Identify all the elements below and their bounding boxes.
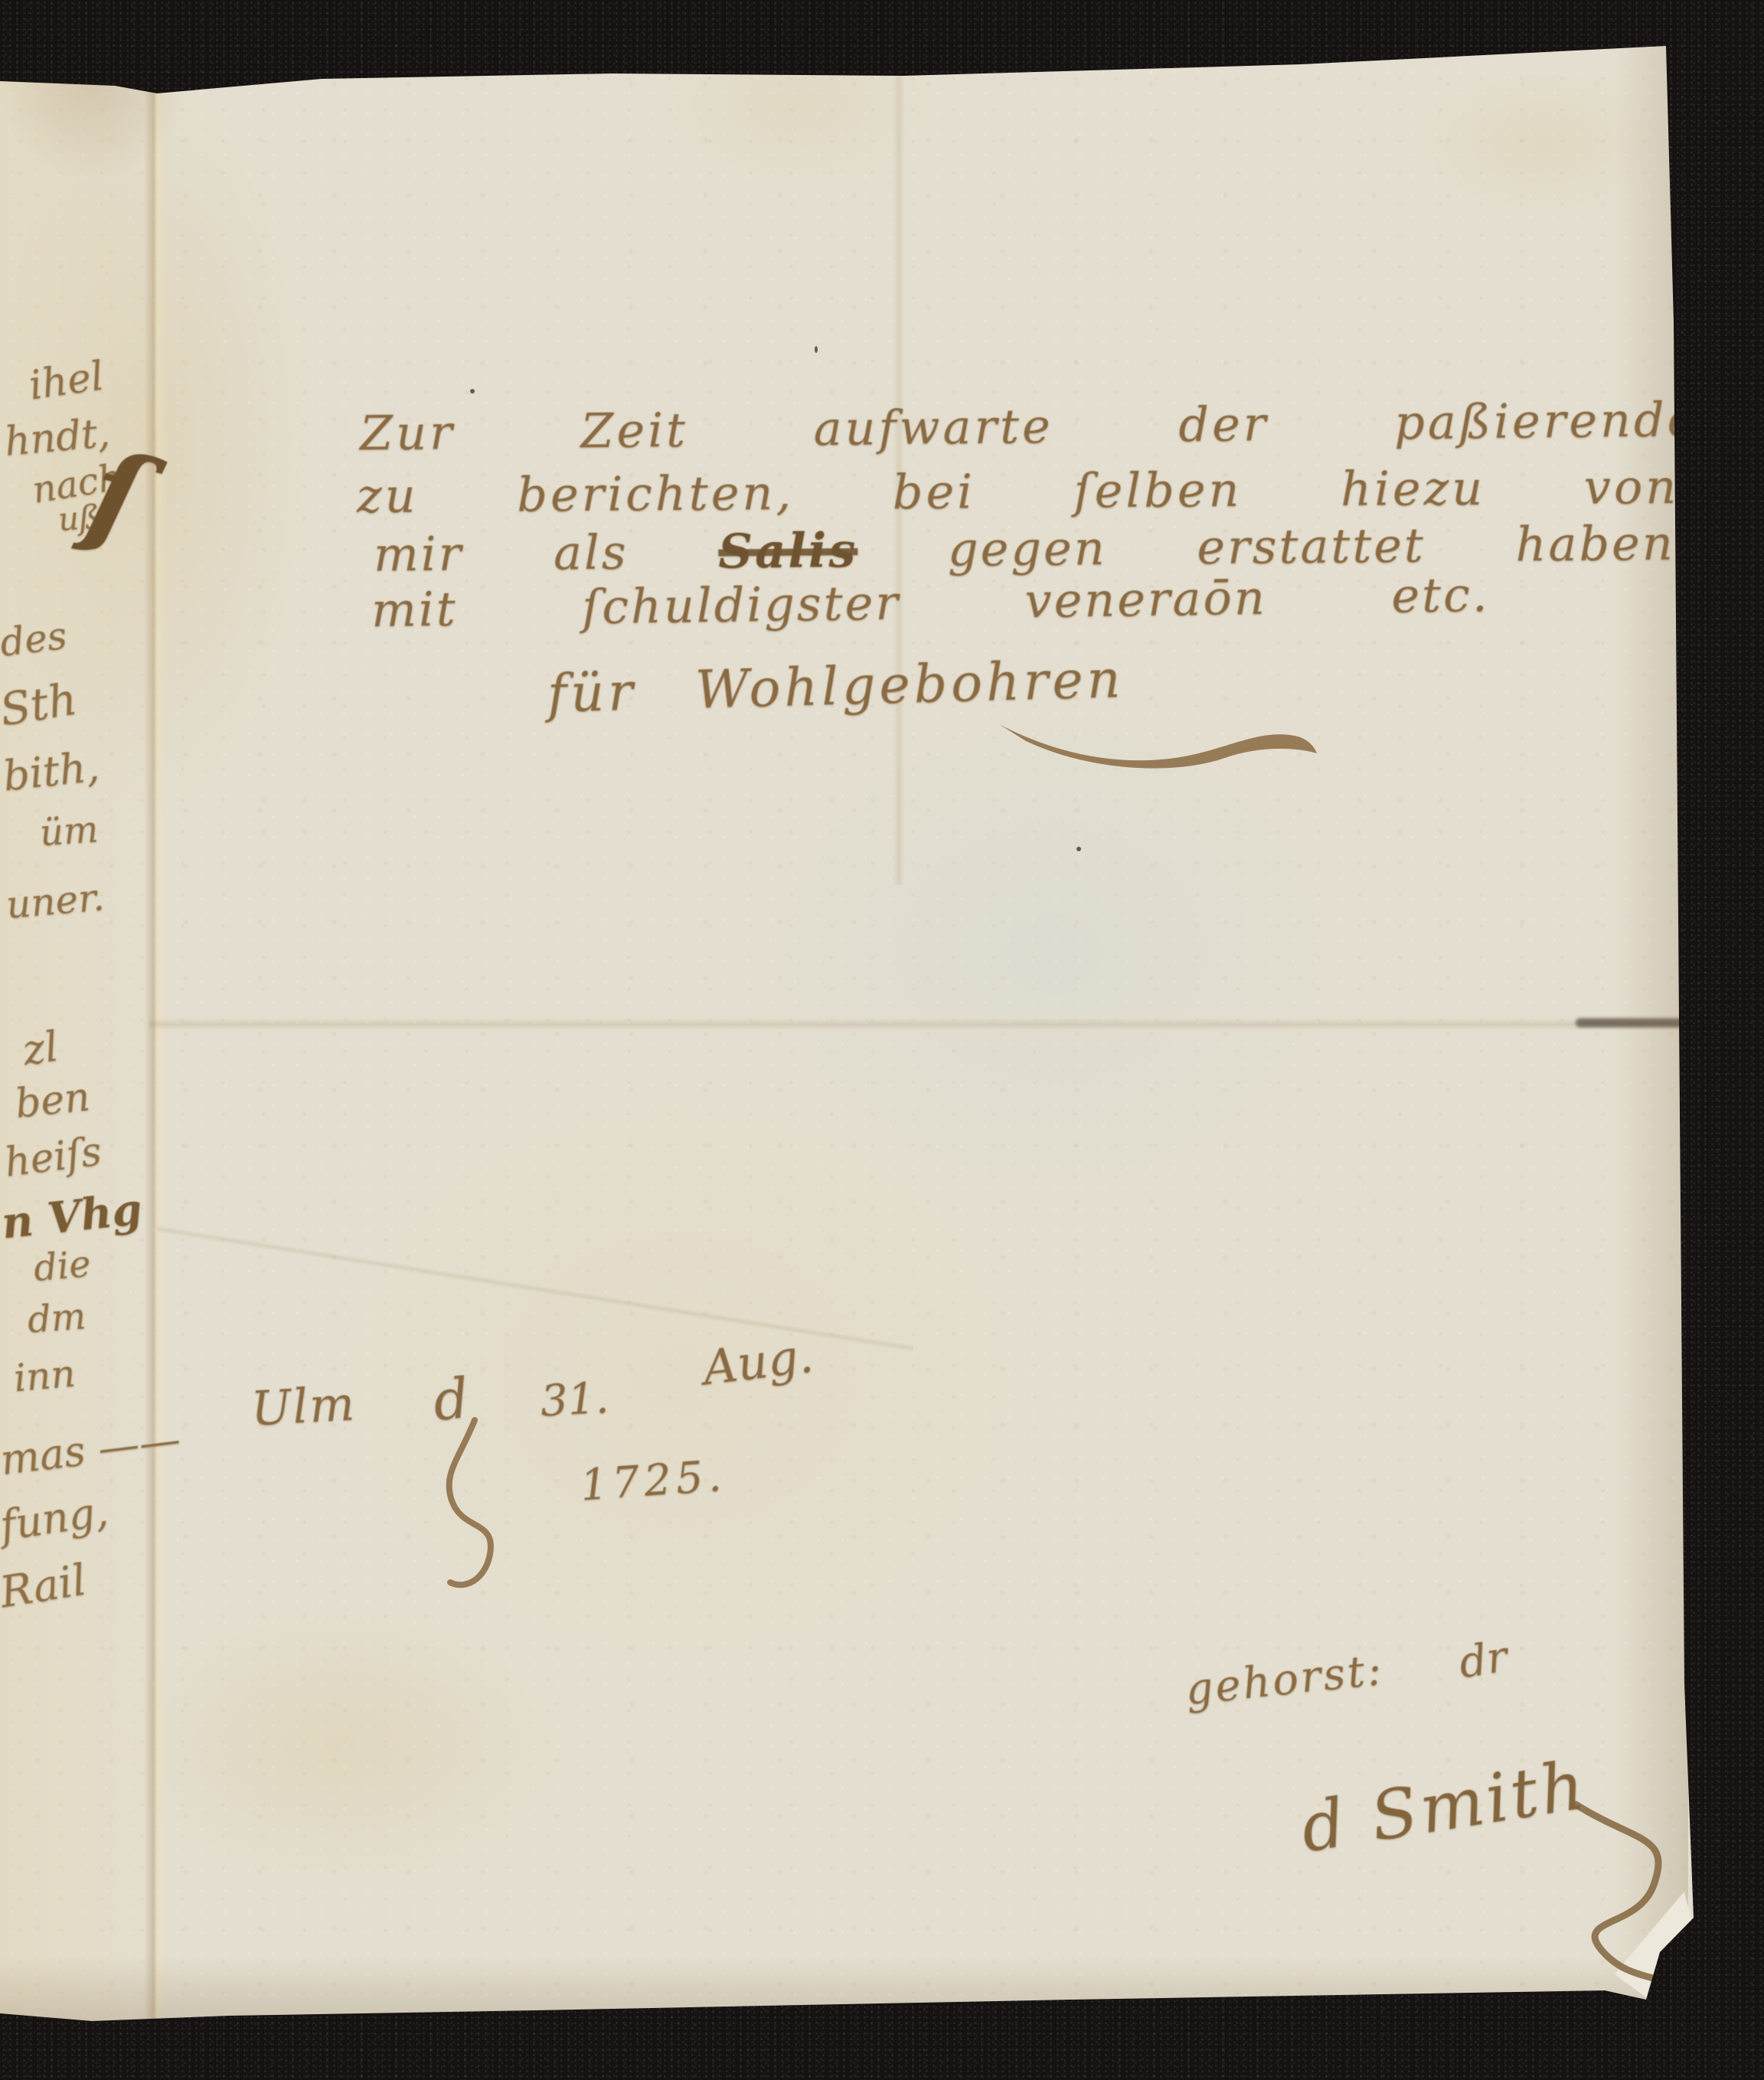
bottom-edge-shading [0, 1956, 1694, 2025]
dateline-descender-flourish [429, 1420, 521, 1604]
margin-text-fragment: zl [20, 1022, 61, 1075]
ink-speck [815, 346, 818, 353]
manuscript-line-1: Zur Zeit aufwarte der paßierenden [360, 391, 1733, 462]
ink-speck [470, 389, 475, 393]
valediction-abbreviation: dr [1456, 1632, 1511, 1688]
margin-text-fragment: die [32, 1242, 93, 1290]
top-left-shading [0, 77, 184, 176]
pen-flourish-swash [995, 710, 1325, 787]
fold-crease-vertical [144, 77, 167, 2025]
margin-text-fragment: hndt, [3, 410, 112, 465]
dateline-day: 31. [539, 1373, 609, 1427]
valediction-word: gehorst: [1183, 1645, 1386, 1716]
dateline-place: Ulm [250, 1375, 358, 1436]
margin-text-fragment: ben [13, 1074, 92, 1128]
signature-flourish [1522, 1801, 1706, 2030]
manuscript-line-2: zu berichten, bei ſelben hiezu von [357, 459, 1680, 524]
margin-text-fragment: üm [38, 808, 100, 854]
dateline-year: 1725. [579, 1451, 727, 1510]
dateline-month: Aug. [700, 1327, 816, 1396]
fold-crease-horizontal [149, 1018, 1684, 1030]
margin-text-fragment: uner. [5, 875, 106, 928]
ink-speck [1076, 847, 1081, 851]
right-edge-shading [1615, 46, 1688, 1975]
margin-text-fragment: inn [12, 1351, 77, 1401]
line-3-pre: mir als [374, 524, 629, 583]
margin-text-fragment: des [0, 613, 69, 665]
struck-through-word: Salis [718, 522, 858, 580]
manuscript-page: ihel hndt, nach uß ſ des Sth bith, üm un… [0, 0, 1696, 2029]
line-3-post: gegen erstattet haben, [948, 514, 1693, 576]
margin-text-fragment: bith, [1, 743, 101, 801]
margin-text-fragment: dm [26, 1295, 87, 1341]
